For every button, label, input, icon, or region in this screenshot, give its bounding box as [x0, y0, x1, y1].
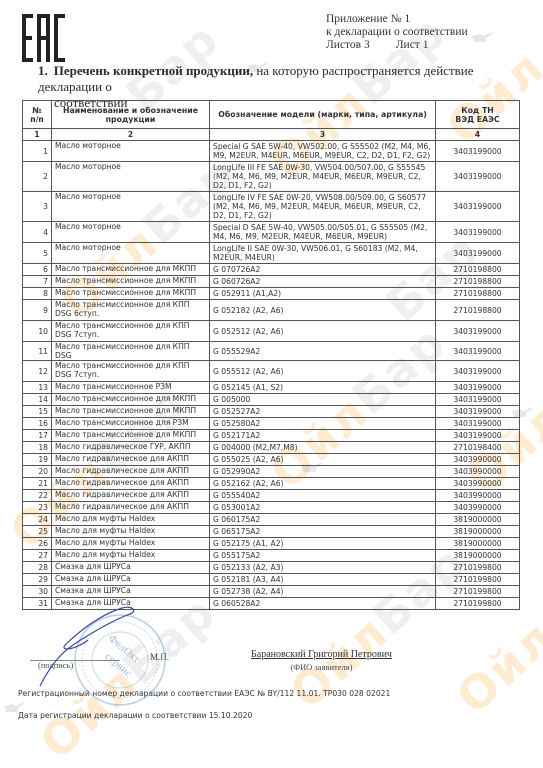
row-number: 15	[23, 406, 52, 418]
product-name: Масло для муфты Haldex	[52, 526, 210, 538]
row-number: 3	[23, 192, 52, 222]
tn-ved-code: 2710198400	[436, 442, 520, 454]
row-number: 19	[23, 454, 52, 466]
tn-ved-code: 3819000000	[436, 538, 520, 550]
model-designation: G 055512 (A2, A6)	[210, 361, 436, 382]
table-row: 28Смазка для ШРУСаG 052133 (A2, A3)27101…	[23, 562, 520, 574]
tn-ved-code: 3403199000	[436, 361, 520, 382]
model-designation: G 052175 (A1, A2)	[210, 538, 436, 550]
model-designation: G 052911 (A1,A2)	[210, 288, 436, 300]
product-name: Масло трансмиссионное для МКПП	[52, 406, 210, 418]
product-name: Масло трансмиссионное для КПП DSG 7ступ.	[52, 321, 210, 342]
table-row: 10Масло трансмиссионное для КПП DSG 7сту…	[23, 321, 520, 342]
table-row: 17Масло трансмиссионное для МКППG 052171…	[23, 430, 520, 442]
tn-ved-code: 3403199000	[436, 321, 520, 342]
table-header-row: №п/п Наименование и обозначение продукци…	[23, 101, 520, 129]
tn-ved-code: 3403199000	[436, 342, 520, 361]
header-number-line1: №	[32, 106, 41, 115]
model-designation: G 052990A2	[210, 466, 436, 478]
product-name: Масло трансмиссионное для МКПП	[52, 288, 210, 300]
table-row: 12Масло трансмиссионное для КПП DSG 7сту…	[23, 361, 520, 382]
product-name: Масло моторное	[52, 192, 210, 222]
product-name: Масло трансмиссионное для МКПП	[52, 430, 210, 442]
watermark: ОйлБар	[30, 585, 227, 768]
row-number: 17	[23, 430, 52, 442]
tn-ved-code: 2710199800	[436, 598, 520, 610]
tn-ved-code: 3403199000	[436, 192, 520, 222]
table-row: 5Масло моторноеLongLife II SAE 0W-30, VW…	[23, 243, 520, 264]
product-name: Масло гидравлическое для АКПП	[52, 478, 210, 490]
row-number: 12	[23, 361, 52, 382]
table-row: 1Масло моторноеSpecial G SAE 5W-40, VW50…	[23, 141, 520, 162]
model-designation: G 052580A2	[210, 418, 436, 430]
table-row: 20Масло гидравлическое для АКППG 052990A…	[23, 466, 520, 478]
model-designation: G 052527A2	[210, 406, 436, 418]
row-number: 31	[23, 598, 52, 610]
applicant-name: Барановский Григорий Петрович	[244, 649, 399, 660]
row-number: 28	[23, 562, 52, 574]
tn-ved-code: 3819000000	[436, 526, 520, 538]
row-number: 14	[23, 394, 52, 406]
row-number: 13	[23, 382, 52, 394]
table-row: 16Масло трансмиссионное для РЗМG 052580A…	[23, 418, 520, 430]
annex-title: Приложение № 1	[326, 13, 468, 26]
header-tn-ved-code: Код ТНВЭД ЕАЭС	[436, 101, 520, 129]
tn-ved-code: 3403199000	[436, 162, 520, 192]
row-number: 9	[23, 300, 52, 321]
product-name: Масло гидравлическое для АКПП	[52, 454, 210, 466]
model-designation: G 052181 (A3, A4)	[210, 574, 436, 586]
tn-ved-code: 2710199800	[436, 562, 520, 574]
model-designation: Special D SAE 5W-40, VW505.00/505.01, G …	[210, 222, 436, 243]
header-product-name: Наименование и обозначение продукции	[52, 101, 210, 129]
product-name: Масло трансмиссионное РЗМ	[52, 382, 210, 394]
product-name: Масло трансмиссионное для КПП DSG 7ступ.	[52, 361, 210, 382]
product-name: Смазка для ШРУСа	[52, 562, 210, 574]
tn-ved-code: 3403199000	[436, 382, 520, 394]
table-row: 31Смазка для ШРУСаG 060528A22710199800	[23, 598, 520, 610]
table-row: 18Масло гидравлическое ГУР, АКППG 004000…	[23, 442, 520, 454]
tn-ved-code: 3403199000	[436, 394, 520, 406]
tn-ved-code: 2710199800	[436, 574, 520, 586]
product-name: Смазка для ШРУСа	[52, 574, 210, 586]
svg-text:сервис: сервис	[102, 650, 134, 679]
row-number: 7	[23, 276, 52, 288]
model-designation: Special G SAE 5W-40, VW502.00, G S55502 …	[210, 141, 436, 162]
sheets-total: Листов 3	[326, 39, 370, 51]
model-designation: G 055175A2	[210, 550, 436, 562]
row-number: 5	[23, 243, 52, 264]
product-name: Масло моторное	[52, 162, 210, 192]
header-model: Обозначение модели (марки, типа, артикул…	[210, 101, 436, 129]
product-name: Масло гидравлическое для АКПП	[52, 502, 210, 514]
table-row: 11Масло трансмиссионное для КПП DSGG 055…	[23, 342, 520, 361]
product-name: Смазка для ШРУСа	[52, 598, 210, 610]
table-row: 21Масло гидравлическое для АКППG 052162 …	[23, 478, 520, 490]
row-number: 11	[23, 342, 52, 361]
table-row: 4Масло моторноеSpecial D SAE 5W-40, VW50…	[23, 222, 520, 243]
model-designation: G 052738 (A2, A4)	[210, 586, 436, 598]
row-number: 26	[23, 538, 52, 550]
tn-ved-code: 3403990000	[436, 478, 520, 490]
table-row: 13Масло трансмиссионное РЗМG 052145 (A1,…	[23, 382, 520, 394]
model-designation: G 060726A2	[210, 276, 436, 288]
model-designation: G 052182 (A2, A6)	[210, 300, 436, 321]
signature-label: (подпись)	[38, 660, 73, 670]
declaration-page: ОйлБар Бар ОйлБар Ойл ОйлБар ОйлБар Бар …	[0, 0, 543, 768]
tn-ved-code: 3403990000	[436, 502, 520, 514]
tn-ved-code: 3403199000	[436, 222, 520, 243]
table-row: 7Масло трансмиссионное для МКППG 060726A…	[23, 276, 520, 288]
table-row: 15Масло трансмиссионное для МКППG 052527…	[23, 406, 520, 418]
seal-label: М.П.	[150, 652, 169, 662]
column-number: 4	[436, 129, 520, 141]
header-code-line2: ВЭД ЕАЭС	[455, 115, 499, 124]
tn-ved-code: 3403199000	[436, 430, 520, 442]
table-row: 23Масло гидравлическое для АКППG 053001A…	[23, 502, 520, 514]
product-name: Масло трансмиссионное для КПП DSG	[52, 342, 210, 361]
row-number: 4	[23, 222, 52, 243]
table-row: 29Смазка для ШРУСаG 052181 (A3, A4)27101…	[23, 574, 520, 586]
model-designation: G 070726A2	[210, 264, 436, 276]
product-name: Масло моторное	[52, 243, 210, 264]
row-number: 1	[23, 141, 52, 162]
row-number: 22	[23, 490, 52, 502]
product-name: Масло для муфты Haldex	[52, 550, 210, 562]
product-name: Смазка для ШРУСа	[52, 586, 210, 598]
annex-header: Приложение № 1 к декларации о соответств…	[326, 13, 468, 52]
tn-ved-code: 2710198800	[436, 276, 520, 288]
product-name: Масло гидравлическое ГУР, АКПП	[52, 442, 210, 454]
tn-ved-code: 3819000000	[436, 550, 520, 562]
watermark: Ойл	[446, 610, 543, 724]
model-designation: G 055540A2	[210, 490, 436, 502]
tn-ved-code: 3403990000	[436, 454, 520, 466]
tn-ved-code: 3403199000	[436, 243, 520, 264]
tn-ved-code: 3403990000	[436, 490, 520, 502]
eac-logo	[22, 14, 66, 62]
model-designation: G 052133 (A2, A3)	[210, 562, 436, 574]
product-name: Масло трансмиссионное для МКПП	[52, 276, 210, 288]
eac-logo-icon	[22, 14, 66, 62]
row-number: 23	[23, 502, 52, 514]
row-number: 16	[23, 418, 52, 430]
row-number: 25	[23, 526, 52, 538]
product-name: Масло для муфты Haldex	[52, 538, 210, 550]
sheet-current: Лист 1	[396, 39, 429, 51]
registration-date: Дата регистрации декларации о соответств…	[18, 711, 252, 720]
row-number: 21	[23, 478, 52, 490]
row-number: 29	[23, 574, 52, 586]
model-designation: LongLife IV FE SAE 0W-20, VW508.00/509.0…	[210, 192, 436, 222]
product-name: Масло для муфты Haldex	[52, 514, 210, 526]
header-number: №п/п	[23, 101, 52, 129]
model-designation: G 055025 (A2, A6)	[210, 454, 436, 466]
model-designation: G 005000	[210, 394, 436, 406]
model-designation: LongLife III FE SAE 0W-30, VW504.00/507.…	[210, 162, 436, 192]
column-number: 2	[52, 129, 210, 141]
tn-ved-code: 3403199000	[436, 418, 520, 430]
row-number: 30	[23, 586, 52, 598]
product-name: Масло трансмиссионное для МКПП	[52, 264, 210, 276]
model-designation: G 052512 (A2, A6)	[210, 321, 436, 342]
section-title-bold: Перечень конкретной продукции,	[54, 63, 253, 78]
product-name: Масло гидравлическое для АКПП	[52, 466, 210, 478]
sheet-info: Листов 3Лист 1	[326, 39, 468, 52]
product-name: Масло моторное	[52, 222, 210, 243]
column-number: 3	[210, 129, 436, 141]
header-number-line2: п/п	[30, 115, 44, 124]
header-code-line1: Код ТН	[461, 106, 494, 115]
tn-ved-code: 2710198800	[436, 288, 520, 300]
row-number: 10	[23, 321, 52, 342]
table-row: 27Масло для муфты HaldexG 055175A2381900…	[23, 550, 520, 562]
product-name: Масло гидравлическое для АКПП	[52, 490, 210, 502]
model-designation: G 060175A2	[210, 514, 436, 526]
table-row: 6Масло трансмиссионное для МКППG 070726A…	[23, 264, 520, 276]
table-row: 3Масло моторноеLongLife IV FE SAE 0W-20,…	[23, 192, 520, 222]
table-row: 8Масло трансмиссионное для МКППG 052911 …	[23, 288, 520, 300]
table-row: 9Масло трансмиссионное для КПП DSG 6ступ…	[23, 300, 520, 321]
model-designation: G 053001A2	[210, 502, 436, 514]
row-number: 8	[23, 288, 52, 300]
model-designation: G 052145 (A1, S2)	[210, 382, 436, 394]
annex-subtitle: к декларации о соответствии	[326, 26, 468, 39]
column-numbers-row: 1 2 3 4	[23, 129, 520, 141]
model-designation: LongLife II SAE 0W-30, VW506.01, G S6018…	[210, 243, 436, 264]
product-name: Масло трансмиссионное для КПП DSG 6ступ.	[52, 300, 210, 321]
table-row: 22Масло гидравлическое для АКППG 055540A…	[23, 490, 520, 502]
product-name: Масло трансмиссионное для РЗМ	[52, 418, 210, 430]
product-name: Масло моторное	[52, 141, 210, 162]
table-row: 25Масло для муфты HaldexG 065175A2381900…	[23, 526, 520, 538]
row-number: 24	[23, 514, 52, 526]
row-number: 18	[23, 442, 52, 454]
table-row: 14Масло трансмиссионное для МКППG 005000…	[23, 394, 520, 406]
product-name: Масло трансмиссионное для МКПП	[52, 394, 210, 406]
tn-ved-code: 3403199000	[436, 141, 520, 162]
oil-can-icon	[470, 30, 496, 44]
table-row: 30Смазка для ШРУСаG 052738 (A2, A4)27101…	[23, 586, 520, 598]
row-number: 2	[23, 162, 52, 192]
table-row: 26Масло для муфты HaldexG 052175 (A1, A2…	[23, 538, 520, 550]
column-number: 1	[23, 129, 52, 141]
row-number: 27	[23, 550, 52, 562]
model-designation: G 004000 (M2,M7,M8)	[210, 442, 436, 454]
model-designation: G 055529A2	[210, 342, 436, 361]
model-designation: G 052171A2	[210, 430, 436, 442]
table-row: 24Масло для муфты HaldexG 060175A2381900…	[23, 514, 520, 526]
section-number: 1.	[38, 63, 48, 78]
table-row: 2Масло моторноеLongLife III FE SAE 0W-30…	[23, 162, 520, 192]
tn-ved-code: 3403990000	[436, 466, 520, 478]
handwritten-signature	[28, 600, 138, 690]
model-designation: G 060528A2	[210, 598, 436, 610]
model-designation: G 065175A2	[210, 526, 436, 538]
model-designation: G 052162 (A2, A6)	[210, 478, 436, 490]
applicant-label: (ФИО заявителя)	[244, 662, 399, 672]
tn-ved-code: 3819000000	[436, 514, 520, 526]
tn-ved-code: 2710199800	[436, 586, 520, 598]
products-table: №п/п Наименование и обозначение продукци…	[22, 100, 520, 610]
row-number: 20	[23, 466, 52, 478]
tn-ved-code: 2710198800	[436, 300, 520, 321]
tn-ved-code: 2710198800	[436, 264, 520, 276]
table-row: 19Масло гидравлическое для АКППG 055025 …	[23, 454, 520, 466]
row-number: 6	[23, 264, 52, 276]
registration-number: Регистрационный номер декларации о соотв…	[18, 689, 390, 698]
tn-ved-code: 3403199000	[436, 406, 520, 418]
